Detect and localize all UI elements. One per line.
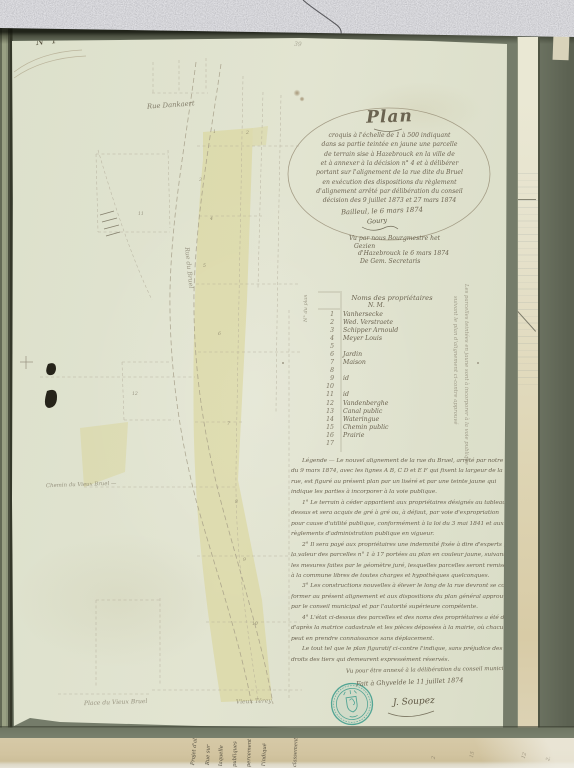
under-sheet-note: l'indiqué [262,743,269,766]
text-line: règlements d'administration publique en … [291,529,507,539]
text-line: du 9 mars 1874, avec les lignes A B, C D… [291,466,507,476]
owner-row: 5 [321,343,398,351]
owners-rotated-header: N° du plan [304,295,310,322]
owner-row: 7Maison [321,359,398,367]
signature-flourish [362,226,398,230]
cartouche-line: dans sa partie teintée en jaune une parc… [291,140,488,149]
parcel-number: 7 [227,422,230,427]
under-sheet [0,737,574,768]
owner-name: id [343,391,349,398]
frame-border [14,50,86,78]
owner-name: Meyer Louis [343,335,382,342]
parcel-number: 6 [218,332,221,337]
parcel-number: 11 [138,212,144,217]
cartouche-line: croquis à l'échelle de 1 à 500 indiquant [291,131,488,140]
owner-name: Schipper Arnould [343,327,398,334]
owner-num: 15 [321,424,334,431]
approval-line: d'Hazebrouck le 6 mars 1874 [358,251,449,258]
owner-row: 2Wed. Verstraete [321,319,398,327]
cartouche-line: de terrain sise à Hazebrouck en la ville… [291,150,488,159]
owner-row: 8 [321,367,398,375]
parcel-number: 12 [132,392,138,397]
owner-num: 17 [321,440,334,447]
owner-num: 8 [321,367,334,374]
owner-name: Maison [343,359,366,366]
approval-signature: Goury [367,217,388,226]
text-line: dessus et sera acquis de gré à gré ou, à… [291,508,507,518]
owner-row: 1Vanhersecke [321,311,398,319]
text-line: peut en prendre connaissance sans déplac… [291,634,507,644]
cartouche-line: d'alignement arrêté par délibération du … [291,187,488,196]
owner-row: 10 [321,383,398,391]
owners-table: 1Vanhersecke 2Wed. Verstraete 3Schipper … [321,311,398,448]
owner-row: 11id [321,391,398,399]
text-line: d'après la matrice cadastrale et les piè… [291,623,507,633]
cartouche-line: et à annexer à la décision n° 4 et à dél… [291,159,488,168]
owner-row: 13Canal public [321,408,398,416]
cartouche-line: en exécution des dispositions du règleme… [291,178,488,187]
owner-row: 4Meyer Louis [321,335,398,343]
text-line: à la commune libres de toutes charges et… [291,571,507,581]
under-sheet-note: Rue sur [206,745,212,766]
margin-note: suivant le plan d'alignement ci-contre a… [451,296,457,424]
owner-num: 9 [321,375,334,382]
owner-row: 16Prairie [321,432,398,440]
owner-name: Canal public [343,408,382,415]
survey-dot [477,362,479,364]
approval-line: De Gem. Secretaris [360,259,420,266]
owner-name: Vandenberghe [343,400,388,407]
ink-blobs [45,363,57,408]
owner-name: Vanhersecke [343,311,383,318]
cartouche-text: croquis à l'échelle de 1 à 500 indiquant… [291,131,488,206]
parcel-number: 8 [235,500,238,505]
survey-dot [282,362,284,364]
under-sheet-mark: 2. [546,756,553,762]
text-line: Légende — Le nouvel alignement de la rue… [291,456,507,466]
text-line: la valeur des parcelles n° 1 à 17 portée… [291,550,507,560]
text-line: pour cause d'utilité publique, conformém… [291,519,507,529]
text-line: par le conseil municipal et par l'autori… [291,602,507,612]
under-sheet-mark: 15 [470,751,477,758]
parcel-number: 2 [246,131,249,136]
approval-line: Vu par nous Bourgmestre het [349,236,440,243]
parcel-number: 10 [252,622,258,627]
owner-num: 13 [321,408,334,415]
owner-row: 6Jardin [321,351,398,359]
margin-note: Les parcelles teintées en jaune sont à i… [462,284,468,465]
text-line: rue, est figuré au présent plan par un l… [291,477,507,487]
text-line: 2° Il sera payé aux propriétaires une in… [291,540,507,550]
owner-num: 5 [321,343,334,350]
parcel-number: 1 [213,130,216,135]
parcel-number: 4 [210,217,213,222]
parcel-number: 9 [243,558,246,563]
owner-name: Prairie [343,432,364,439]
owner-num: 4 [321,335,334,342]
owner-num: 12 [321,400,334,407]
page-corner-tab [553,34,570,61]
cartouche-line: portant sur l'alignement de la rue dite … [291,168,488,177]
owner-num: 1 [321,311,334,318]
text-line: les mesures faites par le géomètre juré,… [291,561,507,571]
text-line: droits des tiers qui demeurent expressém… [291,655,507,665]
owner-row: 14Wateringue [321,416,398,424]
plan-sheet: N° 1 39 Rue Dankaert Rue du Bruel Chemin… [0,0,574,768]
owner-num: 6 [321,351,334,358]
municipal-stamp-icon [329,681,375,727]
text-line: 4° L'état ci-dessus des parcelles et des… [291,613,507,623]
owner-num: 10 [321,383,334,390]
under-sheet-note: laquelle [219,745,225,766]
bound-pages-edge [517,37,540,728]
place-label: Vieux Térey [236,698,272,706]
pencil-dash-mark [518,199,536,200]
owner-num: 3 [321,327,334,334]
owner-name: Wateringue [343,416,379,423]
owner-name: Jardin [343,351,362,358]
text-line: former au présent alignement et aux disp… [291,592,507,602]
owner-name: Wed. Verstraete [343,319,393,326]
text-line: indique les parties à incorporer à la vo… [291,487,507,497]
scanned-plan-photo: Projet d'alig.t Rue sur laquelle publiqu… [0,0,574,768]
registration-cross [20,356,33,369]
pencil-folio-number: 39 [294,42,302,49]
owner-row: 3Schipper Arnould [321,327,398,335]
owner-row: 9id [321,375,398,383]
text-line: 1° Le terrain à céder appartient aux pro… [291,498,507,508]
parcel-number: 5 [203,264,206,269]
owner-num: 2 [321,319,334,326]
owner-num: 11 [321,391,334,398]
parcel-lines [40,58,302,700]
parcel-number: 3 [199,178,202,183]
owners-subheading: N. M. [368,303,385,310]
album-mount-bottom [0,726,574,738]
owner-row: 17 [321,440,398,448]
under-sheet-note: publiques [233,741,239,767]
signature-underline [388,711,434,717]
cartouche-line: décision des 9 juillet 1873 et 27 mars 1… [291,196,488,205]
deliberation-text: Légende — Le nouvel alignement de la rue… [291,456,507,665]
owner-num: 7 [321,359,334,366]
owners-heading: Noms des propriétaires [344,295,440,302]
owner-row: 15Chemin public [321,424,398,432]
owner-row: 12Vandenberghe [321,400,398,408]
under-sheet-mark: 2 [432,756,438,760]
text-line: 3° Les constructions nouvelles à élever … [291,581,507,591]
owner-name: id [343,375,349,382]
text-line: Le tout tel que le plan figuratif ci-con… [291,644,507,654]
owner-name: Chemin public [343,424,389,431]
owner-num: 14 [321,416,334,423]
owner-num: 16 [321,432,334,439]
